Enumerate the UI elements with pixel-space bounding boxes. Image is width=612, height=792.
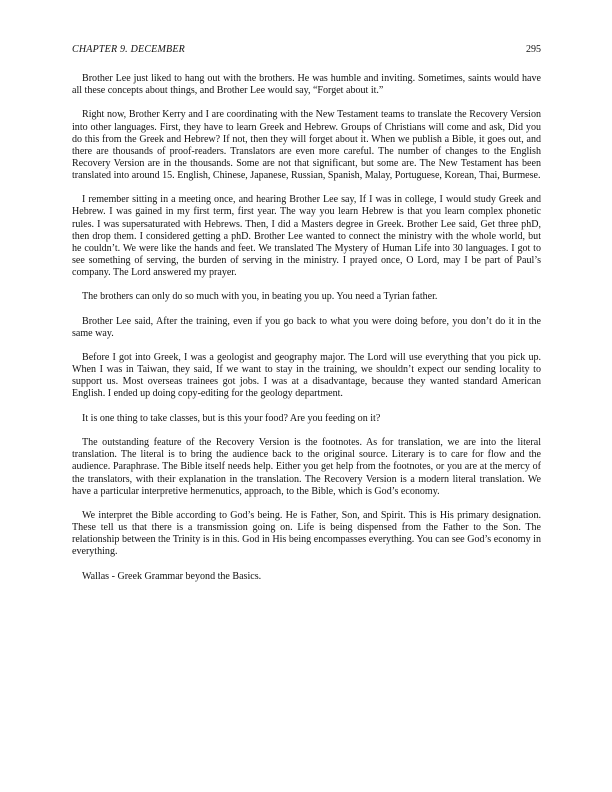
chapter-title: CHAPTER 9. DECEMBER (72, 44, 185, 55)
paragraph: The brothers can only do so much with yo… (72, 291, 541, 303)
paragraph: I remember sitting in a meeting once, an… (72, 194, 541, 279)
paragraph: It is one thing to take classes, but is … (72, 413, 541, 425)
paragraph: We interpret the Bible according to God’… (72, 510, 541, 558)
paragraph: Right now, Brother Kerry and I are coord… (72, 109, 541, 182)
running-header: CHAPTER 9. DECEMBER 295 (72, 44, 541, 58)
paragraph: Brother Lee said, After the training, ev… (72, 316, 541, 340)
page-number: 295 (526, 44, 541, 55)
body-text: Brother Lee just liked to hang out with … (72, 73, 541, 583)
paragraph: Wallas - Greek Grammar beyond the Basics… (72, 571, 541, 583)
document-page: CHAPTER 9. DECEMBER 295 Brother Lee just… (72, 44, 541, 595)
paragraph: The outstanding feature of the Recovery … (72, 437, 541, 497)
paragraph: Brother Lee just liked to hang out with … (72, 73, 541, 97)
paragraph: Before I got into Greek, I was a geologi… (72, 352, 541, 400)
